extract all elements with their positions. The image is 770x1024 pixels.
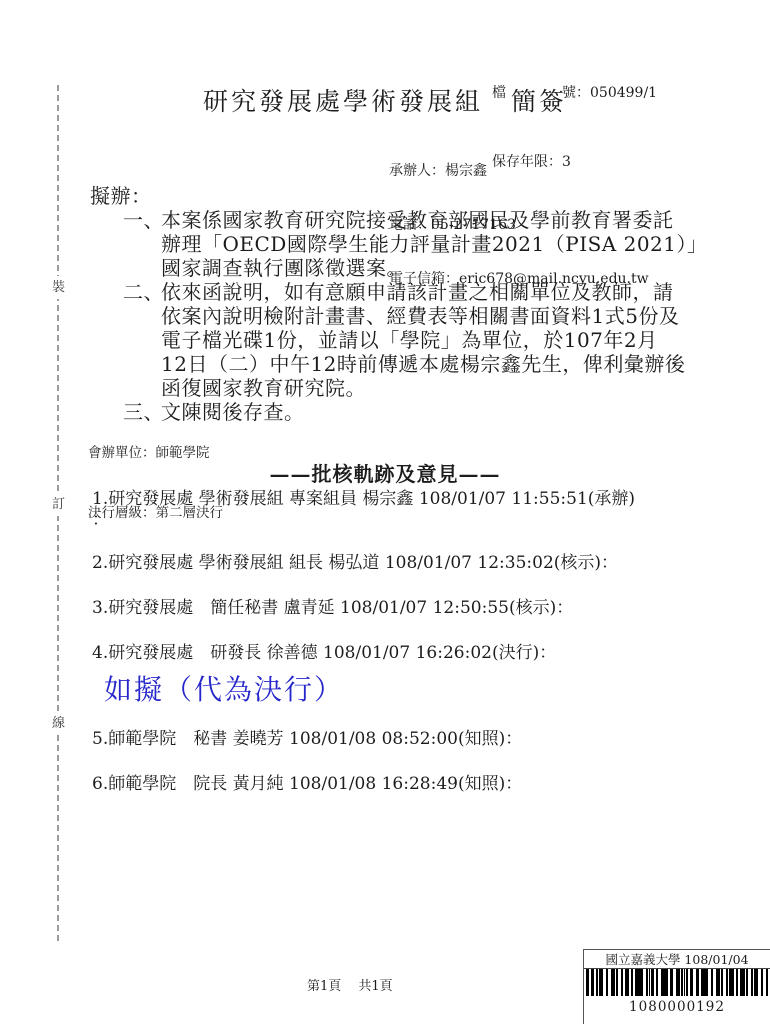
approval-section-heading: ——批核軌跡及意見—— <box>0 458 770 487</box>
binding-mark-xian: 線 <box>50 712 67 735</box>
item-number: 一、 <box>123 208 161 280</box>
item-text: 本案係國家教育研究院接受教育部國民及學前教育署委託 辦理「OECD國際學生能力評… <box>161 208 708 280</box>
registration-stamp-box: 國立嘉義大學 108/01/04 1080000192 <box>583 949 770 1024</box>
approval-item-6: 6.師範學院 院長 黃月純 108/01/08 16:28:49(知照)： <box>92 774 732 795</box>
body-heading: 擬辦： <box>90 184 710 208</box>
approval-item-3: 3.研究發展處 簡任秘書 盧青延 108/01/07 12:50:55(核示)： <box>92 598 732 619</box>
barcode-image <box>586 969 768 996</box>
page-title: 研究發展處學術發展組 簡簽 <box>0 82 770 118</box>
footer-page-info: 第1頁 共1頁 <box>307 975 393 994</box>
approval-item-4: 4.研究發展處 研發長 徐善德 108/01/07 16:26:02(決行)： <box>92 643 732 664</box>
approval-item-5: 5.師範學院 秘書 姜曉芳 108/01/08 08:52:00(知照)： <box>92 729 732 750</box>
undertaker-line: 承辦人：楊宗鑫 <box>389 162 649 180</box>
handwritten-approval-annotation: 如擬（代為決行） <box>104 673 732 707</box>
approval-item-1: 1.研究發展處 學術發展組 專案組員 楊宗鑫 108/01/07 11:55:5… <box>92 489 732 531</box>
body-items: 一、 本案係國家教育研究院接受教育部國民及學前教育署委託 辦理「OECD國際學生… <box>123 208 710 424</box>
binding-mark-zhuang: 裝 <box>50 276 67 299</box>
document-page: 裝 訂 線 檔 號：050499/1 保存年限：3 研究發展處學術發展組 簡簽 … <box>0 0 770 1024</box>
stamp-org-date: 國立嘉義大學 108/01/04 <box>584 950 770 969</box>
body-item-1: 一、 本案係國家教育研究院接受教育部國民及學前教育署委託 辦理「OECD國際學生… <box>123 208 710 280</box>
item-text: 依來函說明，如有意願申請該計畫之相關單位及教師，請 依案內說明檢附計畫書、經費表… <box>161 280 685 400</box>
body-item-2: 二、 依來函說明，如有意願申請該計畫之相關單位及教師，請 依案內說明檢附計畫書、… <box>123 280 710 400</box>
body-block: 擬辦： 一、 本案係國家教育研究院接受教育部國民及學前教育署委託 辦理「OECD… <box>90 184 710 424</box>
approval-item-2: 2.研究發展處 學術發展組 組長 楊弘道 108/01/07 12:35:02(… <box>92 553 732 574</box>
approval-block: 1.研究發展處 學術發展組 專案組員 楊宗鑫 108/01/07 11:55:5… <box>92 489 732 795</box>
binding-mark-ding: 訂 <box>50 493 67 516</box>
item-number: 二、 <box>123 280 161 400</box>
barcode-number: 1080000192 <box>584 996 770 1016</box>
